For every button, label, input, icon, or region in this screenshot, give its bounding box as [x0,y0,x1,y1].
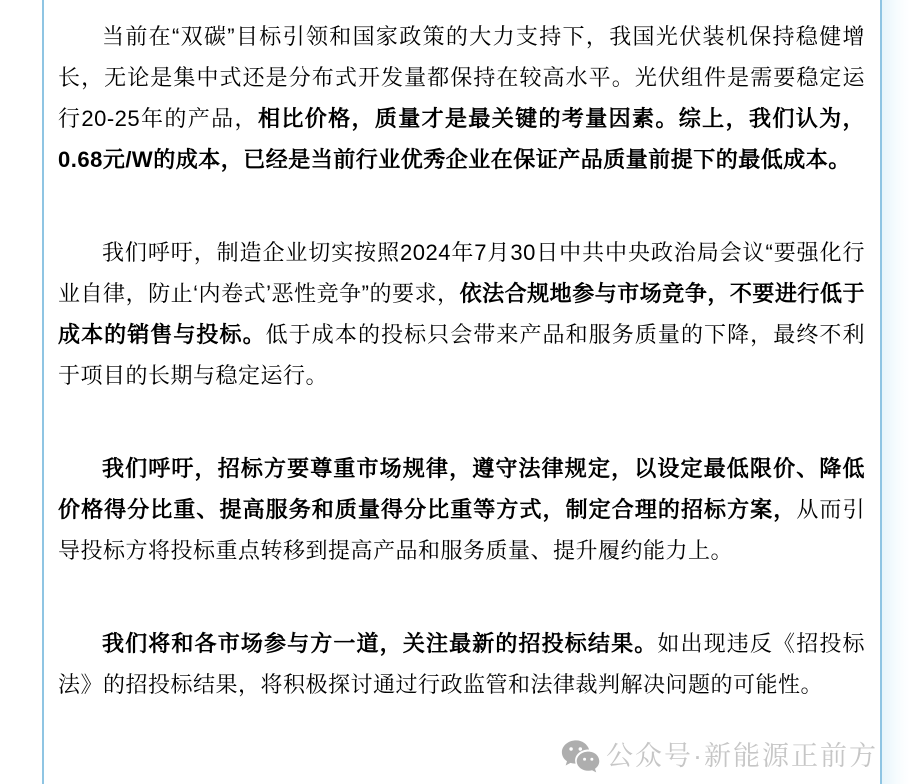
paragraph-3-bold-text: 我们呼吁，招标方要尊重市场规律，遵守法律规定，以设定最低限价、降低价格得分比重、… [58,456,865,522]
paragraph-4: 我们将和各市场参与方一道，关注最新的招投标结果。如出现违反《招投标法》的招投标结… [58,623,865,705]
watermark-text: 公众号·新能源正前方 [606,738,878,775]
watermark: 公众号·新能源正前方 [561,738,878,775]
right-margin-strip [882,0,910,784]
paragraph-1: 当前在“双碳”目标引领和国家政策的大力支持下，我国光伏装机保持稳健增长，无论是集… [58,16,865,180]
left-border-line [42,0,44,784]
wechat-logo-icon [561,738,601,775]
paragraph-2: 我们呼吁，制造企业切实按照2024年7月30日中共中央政治局会议“要强化行业自律… [58,232,865,396]
paragraph-3: 我们呼吁，招标方要尊重市场规律，遵守法律规定，以设定最低限价、降低价格得分比重、… [58,448,865,571]
article-page: 当前在“双碳”目标引领和国家政策的大力支持下，我国光伏装机保持稳健增长，无论是集… [0,0,910,784]
paragraph-4-bold-text: 我们将和各市场参与方一道，关注最新的招投标结果。 [102,631,657,656]
article-content: 当前在“双碳”目标引领和国家政策的大力支持下，我国光伏装机保持稳健增长，无论是集… [58,16,865,705]
